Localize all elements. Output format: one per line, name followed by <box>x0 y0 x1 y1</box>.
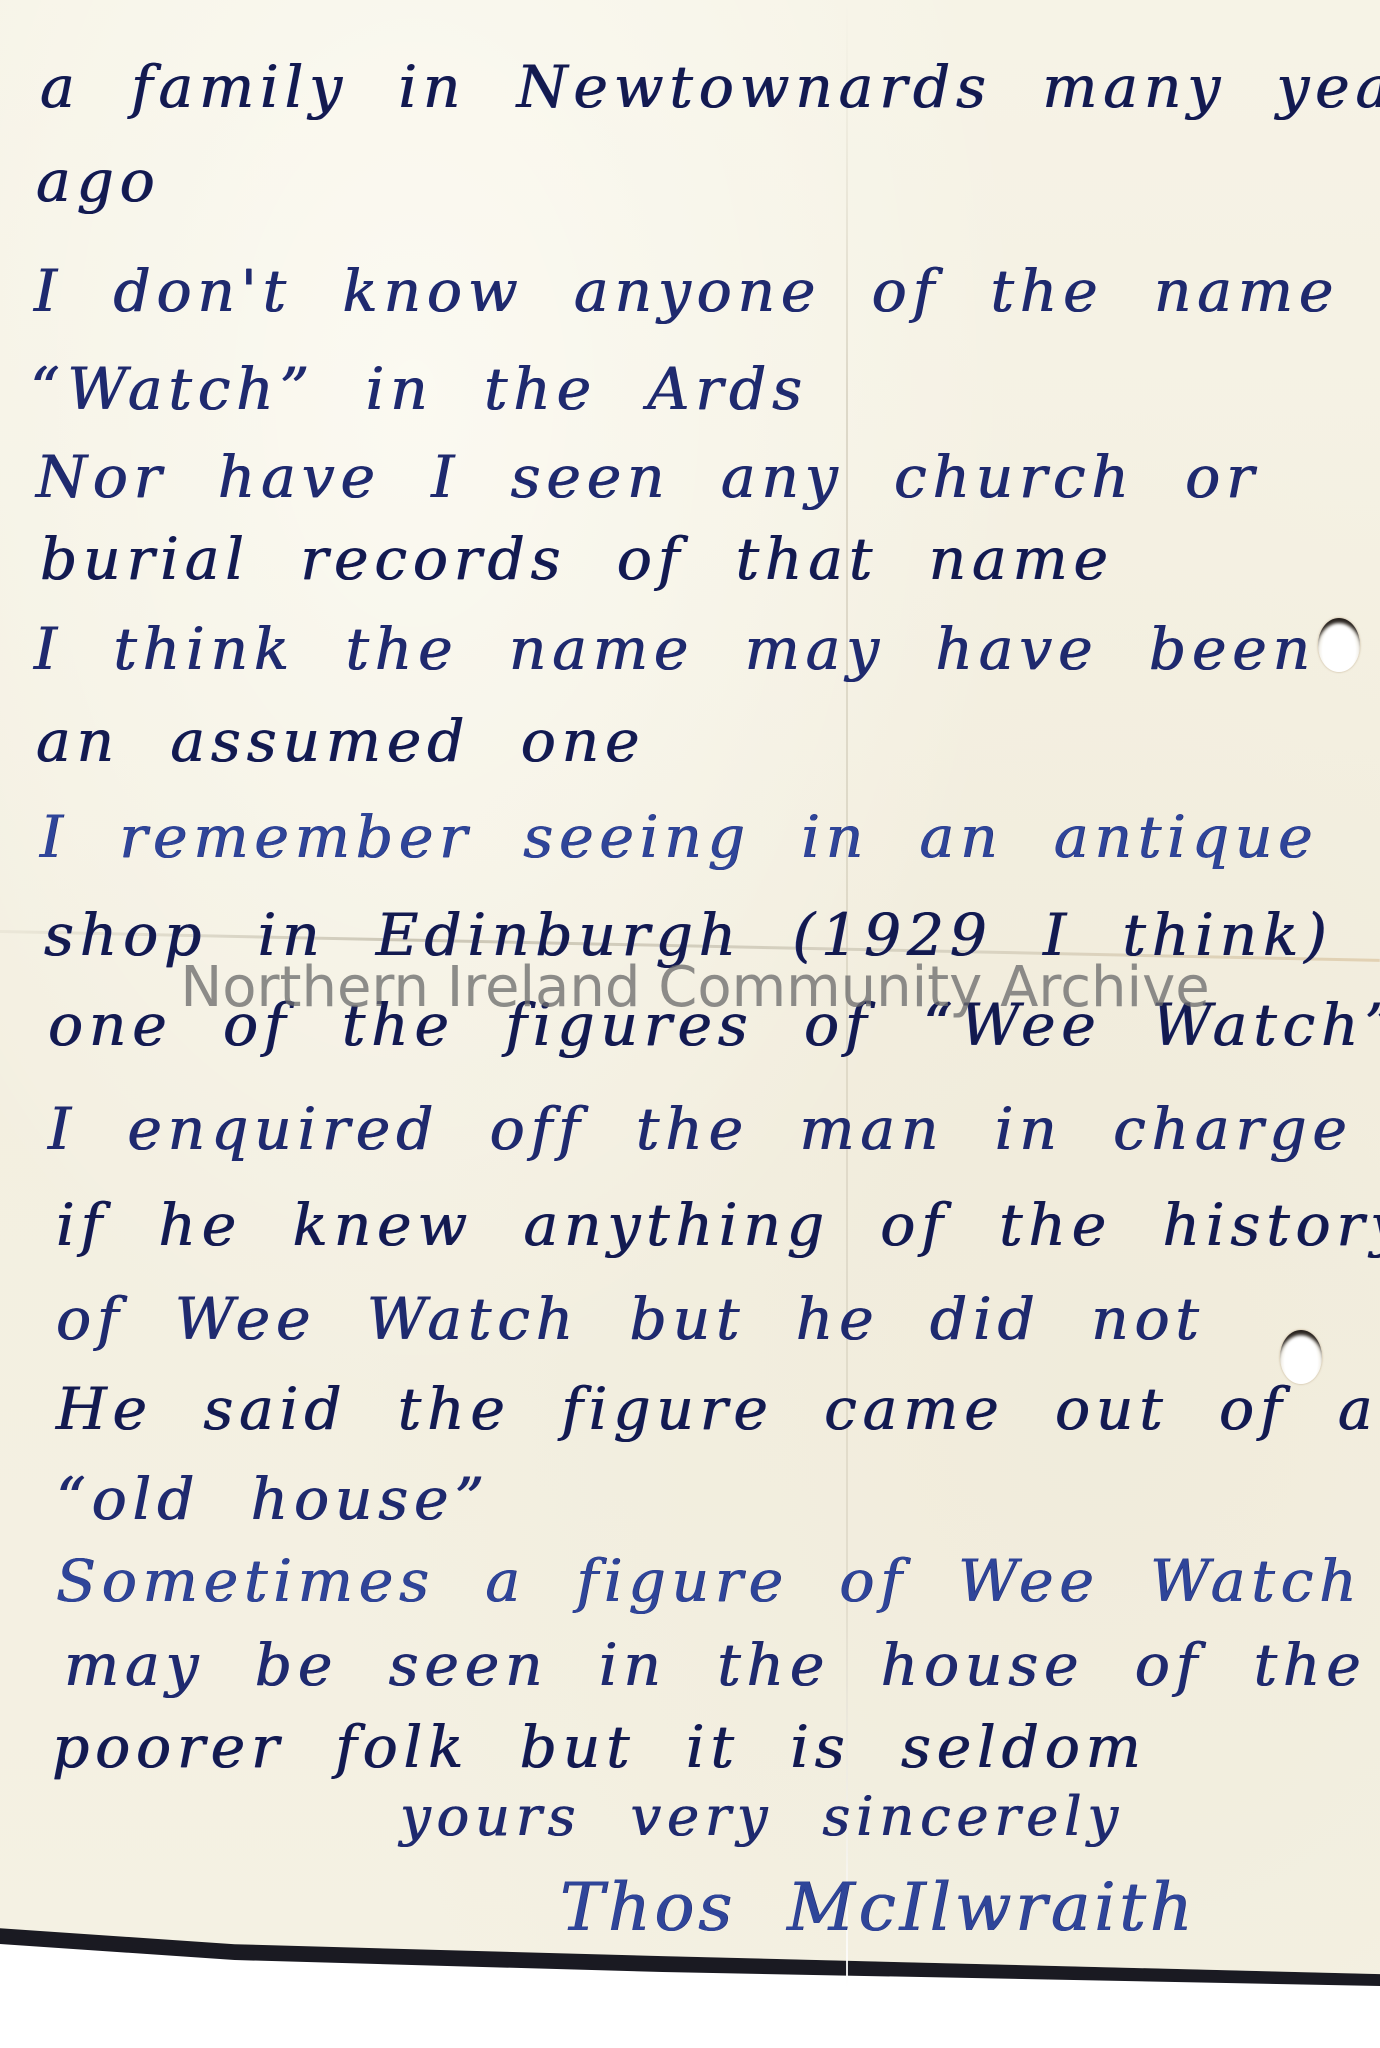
letter-line: “old house” <box>56 1470 490 1528</box>
letter-line: shop in Edinburgh (1929 I think) <box>44 906 1333 964</box>
letter-line: I enquired off the man in charge <box>48 1100 1353 1158</box>
letter-line: if he knew anything of the history <box>56 1196 1380 1254</box>
letter-line: Nor have I seen any church or <box>36 448 1260 506</box>
letter-line: one of the figures of “Wee Watch” <box>48 996 1380 1054</box>
letter-line: Sometimes a figure of Wee Watch <box>56 1552 1362 1610</box>
letter-line: poorer folk but it is seldom <box>52 1718 1147 1776</box>
letter-line: He said the figure came out of an <box>56 1380 1380 1438</box>
letter-line: I remember seeing in an antique <box>40 808 1319 866</box>
letter-signature: Thos McIlwraith <box>560 1875 1196 1941</box>
letter-line: a family in Newtownards many years <box>40 58 1380 116</box>
letter-closing: yours very sincerely <box>400 1790 1124 1844</box>
letter-line: I think the name may have been <box>34 620 1316 678</box>
letter-line: an assumed one <box>36 712 645 770</box>
letter-line: ago <box>36 152 161 210</box>
letter-line: “Watch” in the Ards <box>30 360 808 418</box>
letter-line: burial records of that name <box>40 530 1114 588</box>
letter-line: of Wee Watch but he did not <box>56 1290 1205 1348</box>
letter-line: I don't know anyone of the name of <box>34 262 1380 320</box>
punch-hole-icon <box>1318 618 1360 672</box>
letter-line: may be seen in the house of the <box>64 1636 1367 1694</box>
